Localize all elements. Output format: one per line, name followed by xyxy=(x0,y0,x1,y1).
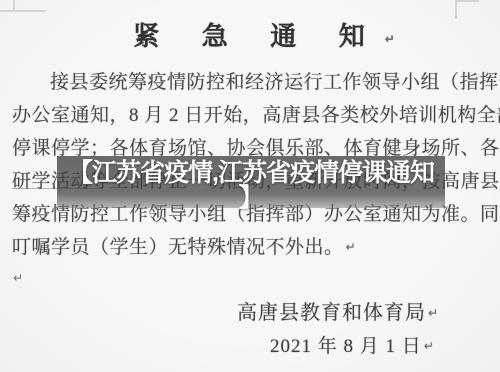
document-photo: 紧 急 通 知↵ 接县委统筹疫情防控和经济运行工作领导小组（指挥部） 办公室通知… xyxy=(0,0,500,372)
notice-title: 紧 急 通 知↵ xyxy=(0,16,500,53)
paragraph-mark-icon: ↵ xyxy=(346,240,356,254)
body-line-6-text: 叮嘱学员（学生）无特殊情况不外出。 xyxy=(12,237,344,258)
body-line-1: 接县委统筹疫情防控和经济运行工作领导小组（指挥部） xyxy=(50,67,500,94)
signature-line: 高唐县教育和体育局↵ xyxy=(237,296,438,325)
paragraph-mark-icon: ↵ xyxy=(13,271,23,285)
paragraph-mark-icon: ↵ xyxy=(428,306,438,320)
body-line-6: 叮嘱学员（学生）无特殊情况不外出。↵ xyxy=(12,232,356,259)
paragraph-mark-icon: ↵ xyxy=(385,32,395,46)
caption-closing-bracket: 】 xyxy=(57,190,445,208)
paragraph-mark-icon: ↵ xyxy=(424,339,434,353)
date-line: 2021 年 8 月 1 日↵ xyxy=(270,331,434,358)
corner-mark-top-right xyxy=(455,0,479,2)
body-line-2: 办公室通知，8 月 2 日开始，高唐县各类校外培训机构全部 xyxy=(12,100,500,127)
date-text: 2021 年 8 月 1 日 xyxy=(270,336,422,357)
corner-mark-top-left-vertical xyxy=(13,0,15,11)
signature-text: 高唐县教育和体育局 xyxy=(237,302,426,324)
corner-mark-top-left xyxy=(0,10,46,12)
caption-overlay-banner: 【江苏省疫情,江苏省疫情停课通知 】 xyxy=(57,156,445,208)
notice-title-text: 紧 急 通 知 xyxy=(133,22,383,51)
